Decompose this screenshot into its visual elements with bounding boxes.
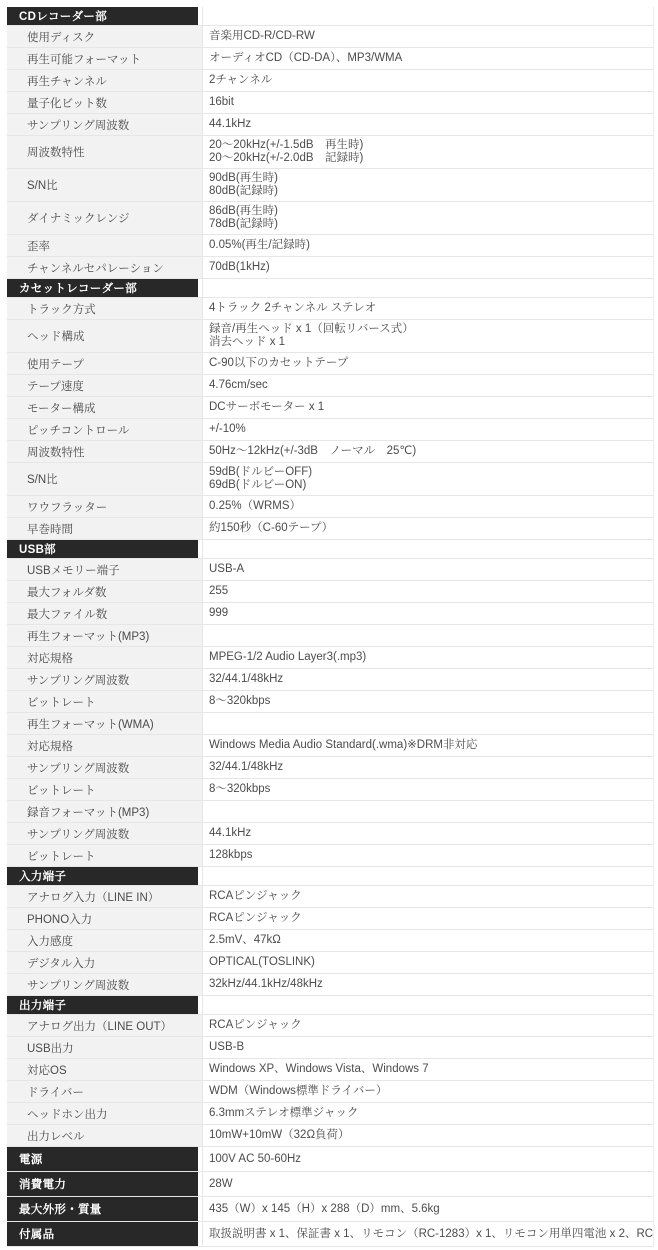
spec-label: 録音フォーマット(MP3): [7, 801, 202, 822]
spec-label: トラック方式: [7, 298, 202, 319]
spec-label: 早巻時間: [7, 518, 202, 539]
spec-label: 最大外形・質量: [7, 1197, 198, 1221]
section-header-row: 出力端子: [7, 996, 653, 1015]
spec-label: 対応OS: [7, 1059, 202, 1080]
spec-value-line: C-90以下のカセットテープ: [209, 357, 653, 370]
spec-value: 70dB(1kHz): [202, 257, 653, 278]
spec-value: RCAピンジャック: [202, 886, 653, 907]
spec-label: ヘッドホン出力: [7, 1103, 202, 1124]
spec-row: 使用ディスク音楽用CD-R/CD-RW: [7, 26, 653, 48]
spec-row: 周波数特性50Hz～12kHz(+/-3dB ノーマル 25℃): [7, 441, 653, 463]
spec-row: 対応OSWindows XP、Windows Vista、Windows 7: [7, 1059, 653, 1081]
spec-value-line: 2チャンネル: [209, 74, 653, 87]
spec-value: 16bit: [202, 92, 653, 113]
spec-label: 再生可能フォーマット: [7, 48, 202, 69]
spec-value: 4トラック 2チャンネル ステレオ: [202, 298, 653, 319]
spec-row: 最大フォルダ数255: [7, 581, 653, 603]
spec-value: USB-B: [202, 1037, 653, 1058]
section-title: 出力端子: [7, 996, 198, 1014]
spec-value: 59dB(ドルビーOFF)69dB(ドルビーON): [202, 463, 653, 495]
spec-value-line: 128kbps: [209, 849, 653, 862]
spec-value: オーディオCD（CD-DA）、MP3/WMA: [202, 48, 653, 69]
spec-label: 再生フォーマット(MP3): [7, 625, 202, 646]
spec-row: サンプリング周波数32kHz/44.1kHz/48kHz: [7, 974, 653, 996]
spec-label: ビットレート: [7, 691, 202, 712]
spec-value-line: 16bit: [209, 96, 653, 109]
spec-value-line: 44.1kHz: [209, 118, 653, 131]
spec-row: テープ速度4.76cm/sec: [7, 375, 653, 397]
spec-value: [202, 713, 653, 734]
spec-value: WDM（Windows標準ドライバー）: [202, 1081, 653, 1102]
spec-row: ビットレート8～320kbps: [7, 779, 653, 801]
spec-value-line: 2.5mV、47kΩ: [209, 934, 653, 947]
spec-row: 電源100V AC 50-60Hz: [7, 1147, 653, 1172]
spec-row: ダイナミックレンジ86dB(再生時)78dB(記録時): [7, 202, 653, 235]
spec-value: 90dB(再生時)80dB(記録時): [202, 169, 653, 201]
spec-value: 20～20kHz(+/-1.5dB 再生時)20～20kHz(+/-2.0dB …: [202, 136, 653, 168]
spec-value-line: 69dB(ドルビーON): [209, 479, 653, 492]
spec-row: トラック方式4トラック 2チャンネル ステレオ: [7, 298, 653, 320]
spec-value: C-90以下のカセットテープ: [202, 353, 653, 374]
spec-label: S/N比: [7, 169, 202, 201]
spec-value: [202, 7, 653, 25]
spec-row: PHONO入力RCAピンジャック: [7, 908, 653, 930]
spec-label: S/N比: [7, 463, 202, 495]
spec-value: Windows XP、Windows Vista、Windows 7: [202, 1059, 653, 1080]
spec-value-line: 消去ヘッド x 1: [209, 336, 653, 349]
spec-value: 録音/再生ヘッド x 1（回転リバース式）消去ヘッド x 1: [202, 320, 653, 352]
spec-value-line: 4.76cm/sec: [209, 379, 653, 392]
spec-row: S/N比59dB(ドルビーOFF)69dB(ドルビーON): [7, 463, 653, 496]
spec-row: ワウフラッター0.25%（WRMS）: [7, 496, 653, 518]
spec-label: 再生チャンネル: [7, 70, 202, 91]
spec-value: Windows Media Audio Standard(.wma)※DRM非対…: [202, 735, 653, 756]
spec-value-line: 59dB(ドルビーOFF): [209, 466, 653, 479]
spec-value-line: 78dB(記録時): [209, 218, 653, 231]
spec-value: 44.1kHz: [202, 114, 653, 135]
spec-label: 付属品: [7, 1222, 198, 1246]
spec-value-line: DCサーボモーター x 1: [209, 401, 653, 414]
spec-label: ビットレート: [7, 779, 202, 800]
section-title: CDレコーダー部: [7, 7, 198, 25]
spec-row: アナログ入力（LINE IN）RCAピンジャック: [7, 886, 653, 908]
spec-label: ヘッド構成: [7, 320, 202, 352]
spec-value: OPTICAL(TOSLINK): [202, 952, 653, 973]
section-header-row: 入力端子: [7, 867, 653, 886]
spec-row: ヘッド構成録音/再生ヘッド x 1（回転リバース式）消去ヘッド x 1: [7, 320, 653, 353]
spec-label: サンプリング周波数: [7, 114, 202, 135]
spec-value-line: 28W: [209, 1178, 653, 1191]
spec-value-line: RCAピンジャック: [209, 912, 653, 925]
spec-label: ビットレート: [7, 845, 202, 866]
spec-value: 8～320kbps: [202, 691, 653, 712]
spec-value-line: MPEG-1/2 Audio Layer3(.mp3): [209, 651, 653, 664]
spec-value: 8～320kbps: [202, 779, 653, 800]
spec-label: 電源: [7, 1147, 198, 1171]
spec-label: サンプリング周波数: [7, 669, 202, 690]
spec-value: +/-10%: [202, 419, 653, 440]
spec-value: 128kbps: [202, 845, 653, 866]
spec-value-line: 20～20kHz(+/-1.5dB 再生時): [209, 139, 653, 152]
spec-value-line: Windows Media Audio Standard(.wma)※DRM非対…: [209, 739, 653, 752]
spec-value: 0.25%（WRMS）: [202, 496, 653, 517]
spec-value-line: 44.1kHz: [209, 827, 653, 840]
spec-value-line: 0.25%（WRMS）: [209, 500, 653, 513]
spec-value-line: 50Hz～12kHz(+/-3dB ノーマル 25℃): [209, 445, 653, 458]
spec-value: [202, 867, 653, 885]
spec-value-line: 70dB(1kHz): [209, 261, 653, 274]
spec-row: 早巻時間約150秒（C-60テープ）: [7, 518, 653, 540]
spec-value: 約150秒（C-60テープ）: [202, 518, 653, 539]
spec-value-line: 8～320kbps: [209, 783, 653, 796]
spec-value-line: 音楽用CD-R/CD-RW: [209, 30, 653, 43]
spec-row: ビットレート8～320kbps: [7, 691, 653, 713]
spec-row: 付属品取扱説明書 x 1、保証書 x 1、リモコン（RC-1283）x 1、リモ…: [7, 1222, 653, 1247]
spec-label: テープ速度: [7, 375, 202, 396]
spec-row: モーター構成DCサーボモーター x 1: [7, 397, 653, 419]
spec-value-line: RCAピンジャック: [209, 1019, 653, 1032]
spec-label: ピッチコントロール: [7, 419, 202, 440]
spec-row: 対応規格MPEG-1/2 Audio Layer3(.mp3): [7, 647, 653, 669]
spec-value-line: 6.3mmステレオ標準ジャック: [209, 1107, 653, 1120]
spec-value: 0.05%(再生/記録時): [202, 235, 653, 256]
spec-label: 量子化ビット数: [7, 92, 202, 113]
spec-row: サンプリング周波数44.1kHz: [7, 114, 653, 136]
spec-value: 86dB(再生時)78dB(記録時): [202, 202, 653, 234]
spec-value-line: 録音/再生ヘッド x 1（回転リバース式）: [209, 323, 653, 336]
spec-row: USB出力USB-B: [7, 1037, 653, 1059]
spec-row: チャンネルセパレーション70dB(1kHz): [7, 257, 653, 279]
spec-row: 量子化ビット数16bit: [7, 92, 653, 114]
spec-row: ヘッドホン出力6.3mmステレオ標準ジャック: [7, 1103, 653, 1125]
spec-value: 999: [202, 603, 653, 624]
spec-row: ドライバーWDM（Windows標準ドライバー）: [7, 1081, 653, 1103]
spec-label: モーター構成: [7, 397, 202, 418]
spec-value: 2チャンネル: [202, 70, 653, 91]
spec-label: サンプリング周波数: [7, 823, 202, 844]
spec-value: 32/44.1/48kHz: [202, 669, 653, 690]
spec-label: 再生フォーマット(WMA): [7, 713, 202, 734]
spec-row: 周波数特性20～20kHz(+/-1.5dB 再生時)20～20kHz(+/-2…: [7, 136, 653, 169]
spec-label: PHONO入力: [7, 908, 202, 929]
spec-row: 最大ファイル数999: [7, 603, 653, 625]
spec-value-line: 32/44.1/48kHz: [209, 673, 653, 686]
spec-value-line: 32/44.1/48kHz: [209, 761, 653, 774]
spec-value: 100V AC 50-60Hz: [202, 1147, 653, 1171]
spec-value: 32/44.1/48kHz: [202, 757, 653, 778]
spec-value-line: 8～320kbps: [209, 695, 653, 708]
spec-row: 録音フォーマット(MP3): [7, 801, 653, 823]
spec-value-line: 約150秒（C-60テープ）: [209, 522, 653, 535]
spec-row: 使用テープC-90以下のカセットテープ: [7, 353, 653, 375]
spec-label: 最大フォルダ数: [7, 581, 202, 602]
section-header-row: USB部: [7, 540, 653, 559]
spec-row: 最大外形・質量435（W）x 145（H）x 288（D）mm、5.6kg: [7, 1197, 653, 1222]
spec-row: 出力レベル10mW+10mW（32Ω負荷）: [7, 1125, 653, 1147]
spec-label: 歪率: [7, 235, 202, 256]
spec-label: 使用ディスク: [7, 26, 202, 47]
spec-row: 再生フォーマット(MP3): [7, 625, 653, 647]
spec-label: ドライバー: [7, 1081, 202, 1102]
spec-value-line: 4トラック 2チャンネル ステレオ: [209, 302, 653, 315]
spec-value: USB-A: [202, 559, 653, 580]
spec-value-line: +/-10%: [209, 423, 653, 436]
spec-label: サンプリング周波数: [7, 757, 202, 778]
spec-label: チャンネルセパレーション: [7, 257, 202, 278]
spec-value: 28W: [202, 1172, 653, 1196]
spec-value: 255: [202, 581, 653, 602]
spec-value: [202, 540, 653, 558]
spec-value-line: RCAピンジャック: [209, 890, 653, 903]
spec-value: 2.5mV、47kΩ: [202, 930, 653, 951]
spec-value-line: Windows XP、Windows Vista、Windows 7: [209, 1063, 653, 1076]
spec-value: MPEG-1/2 Audio Layer3(.mp3): [202, 647, 653, 668]
spec-row: サンプリング周波数32/44.1/48kHz: [7, 757, 653, 779]
spec-row: 歪率0.05%(再生/記録時): [7, 235, 653, 257]
spec-value-line: 86dB(再生時): [209, 205, 653, 218]
spec-row: ビットレート128kbps: [7, 845, 653, 867]
spec-row: 再生フォーマット(WMA): [7, 713, 653, 735]
spec-label: アナログ出力（LINE OUT）: [7, 1015, 202, 1036]
spec-value: 10mW+10mW（32Ω負荷）: [202, 1125, 653, 1146]
spec-value: [202, 279, 653, 297]
spec-value-line: 255: [209, 585, 653, 598]
spec-value: DCサーボモーター x 1: [202, 397, 653, 418]
section-title: 入力端子: [7, 867, 198, 885]
spec-value-line: OPTICAL(TOSLINK): [209, 956, 653, 969]
spec-row: サンプリング周波数32/44.1/48kHz: [7, 669, 653, 691]
spec-value-line: 90dB(再生時): [209, 172, 653, 185]
spec-value: 44.1kHz: [202, 823, 653, 844]
spec-label: 周波数特性: [7, 441, 202, 462]
spec-value-line: 435（W）x 145（H）x 288（D）mm、5.6kg: [209, 1203, 653, 1216]
spec-label: デジタル入力: [7, 952, 202, 973]
spec-label: サンプリング周波数: [7, 974, 202, 995]
spec-label: 周波数特性: [7, 136, 202, 168]
spec-value: [202, 625, 653, 646]
spec-value: 435（W）x 145（H）x 288（D）mm、5.6kg: [202, 1197, 653, 1221]
spec-value: 50Hz～12kHz(+/-3dB ノーマル 25℃): [202, 441, 653, 462]
spec-label: 最大ファイル数: [7, 603, 202, 624]
spec-value-line: 999: [209, 607, 653, 620]
section-header-row: カセットレコーダー部: [7, 279, 653, 298]
spec-label: 消費電力: [7, 1172, 198, 1196]
spec-row: 入力感度2.5mV、47kΩ: [7, 930, 653, 952]
spec-value-line: 100V AC 50-60Hz: [209, 1153, 653, 1166]
spec-value: [202, 996, 653, 1014]
spec-row: 消費電力28W: [7, 1172, 653, 1197]
spec-row: アナログ出力（LINE OUT）RCAピンジャック: [7, 1015, 653, 1037]
spec-value-line: 80dB(記録時): [209, 185, 653, 198]
spec-value: 4.76cm/sec: [202, 375, 653, 396]
spec-label: USB出力: [7, 1037, 202, 1058]
spec-label: アナログ入力（LINE IN）: [7, 886, 202, 907]
spec-label: USBメモリー端子: [7, 559, 202, 580]
spec-label: 出力レベル: [7, 1125, 202, 1146]
section-title: USB部: [7, 540, 198, 558]
spec-label: 対応規格: [7, 647, 202, 668]
spec-value: 6.3mmステレオ標準ジャック: [202, 1103, 653, 1124]
spec-value: [202, 801, 653, 822]
spec-value: 音楽用CD-R/CD-RW: [202, 26, 653, 47]
spec-label: 対応規格: [7, 735, 202, 756]
spec-value-line: WDM（Windows標準ドライバー）: [209, 1085, 653, 1098]
spec-row: 再生可能フォーマットオーディオCD（CD-DA）、MP3/WMA: [7, 48, 653, 70]
spec-label: 使用テープ: [7, 353, 202, 374]
spec-row: サンプリング周波数44.1kHz: [7, 823, 653, 845]
spec-table: CDレコーダー部使用ディスク音楽用CD-R/CD-RW再生可能フォーマットオーデ…: [7, 7, 654, 1247]
spec-label: ワウフラッター: [7, 496, 202, 517]
spec-value-line: 0.05%(再生/記録時): [209, 239, 653, 252]
spec-row: ピッチコントロール+/-10%: [7, 419, 653, 441]
spec-value: 32kHz/44.1kHz/48kHz: [202, 974, 653, 995]
spec-row: デジタル入力OPTICAL(TOSLINK): [7, 952, 653, 974]
spec-value: 取扱説明書 x 1、保証書 x 1、リモコン（RC-1283）x 1、リモコン用…: [202, 1222, 653, 1246]
spec-value-line: 取扱説明書 x 1、保証書 x 1、リモコン（RC-1283）x 1、リモコン用…: [209, 1228, 653, 1241]
spec-value-line: 32kHz/44.1kHz/48kHz: [209, 978, 653, 991]
spec-row: S/N比90dB(再生時)80dB(記録時): [7, 169, 653, 202]
spec-value-line: オーディオCD（CD-DA）、MP3/WMA: [209, 52, 653, 65]
spec-value: RCAピンジャック: [202, 908, 653, 929]
spec-value-line: USB-A: [209, 563, 653, 576]
section-header-row: CDレコーダー部: [7, 7, 653, 26]
spec-label: ダイナミックレンジ: [7, 202, 202, 234]
section-title: カセットレコーダー部: [7, 279, 198, 297]
spec-row: 再生チャンネル2チャンネル: [7, 70, 653, 92]
spec-row: USBメモリー端子USB-A: [7, 559, 653, 581]
spec-label: 入力感度: [7, 930, 202, 951]
spec-value-line: 20～20kHz(+/-2.0dB 記録時): [209, 152, 653, 165]
spec-row: 対応規格Windows Media Audio Standard(.wma)※D…: [7, 735, 653, 757]
spec-value: RCAピンジャック: [202, 1015, 653, 1036]
spec-value-line: USB-B: [209, 1041, 653, 1054]
spec-value-line: 10mW+10mW（32Ω負荷）: [209, 1129, 653, 1142]
